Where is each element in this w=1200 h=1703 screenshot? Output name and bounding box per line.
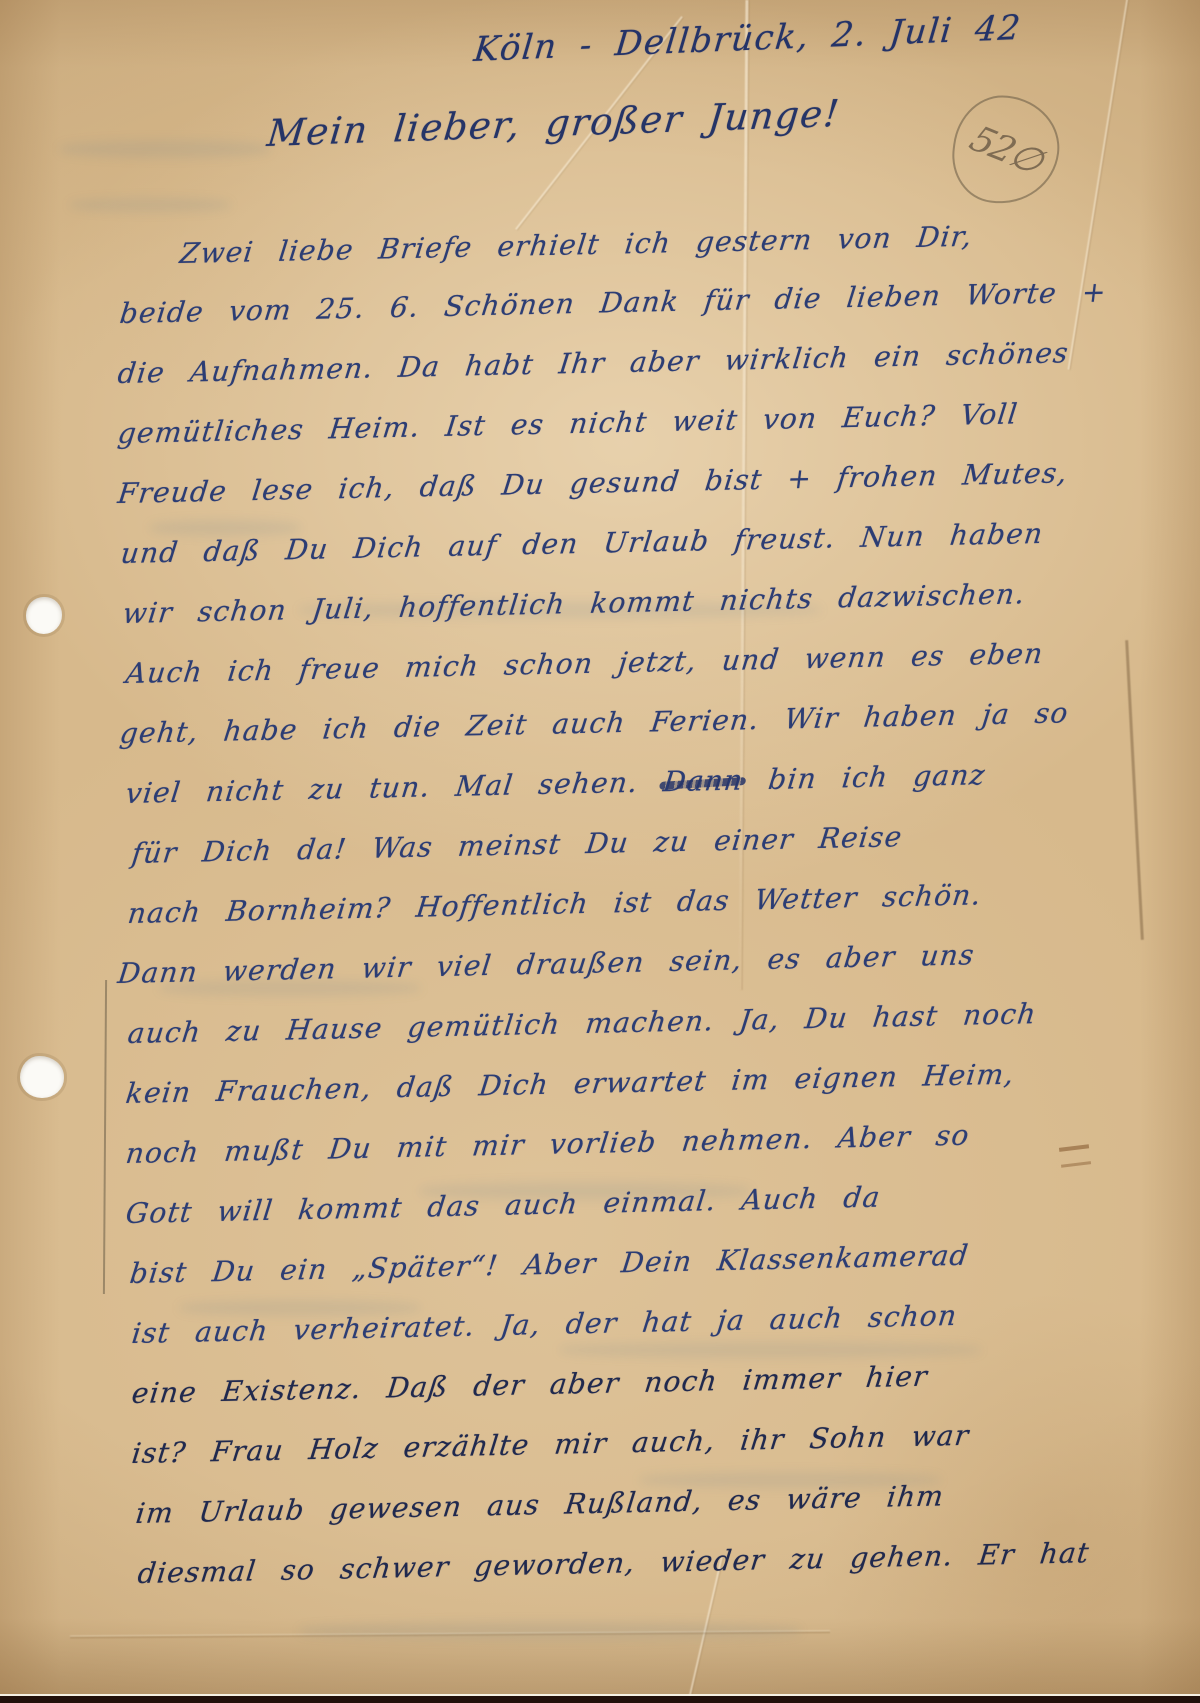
hole-punch <box>20 1056 64 1098</box>
letter-body: Zwei liebe Briefe erhielt ich gestern vo… <box>118 224 1148 1604</box>
archive-number: 52∅ <box>963 118 1048 181</box>
dateline: Köln - Dellbrück, 2. Juli 42 <box>472 8 1023 70</box>
line-10-text-before: viel nicht zu tun. Mal sehen. <box>124 765 665 810</box>
margin-pencil-line <box>103 980 107 1294</box>
bleed-through-smudge <box>60 140 270 158</box>
paper-bottom-edge <box>0 1694 1200 1703</box>
pencil-dash-mark <box>1059 1144 1091 1168</box>
fold-crease-horizontal <box>70 1631 830 1638</box>
bleed-through-smudge <box>70 198 230 212</box>
letter-page: Köln - Dellbrück, 2. Juli 42 52∅ Mein li… <box>0 0 1200 1703</box>
archive-number-annotation: 52∅ <box>947 90 1065 210</box>
line-10-text-after: bin ich ganz <box>741 758 987 796</box>
salutation: Mein lieber, großer Junge! <box>265 92 842 155</box>
bleed-through-smudge <box>300 1622 800 1640</box>
line-10-struck-word: Dann <box>661 763 745 798</box>
hole-punch <box>26 597 62 634</box>
